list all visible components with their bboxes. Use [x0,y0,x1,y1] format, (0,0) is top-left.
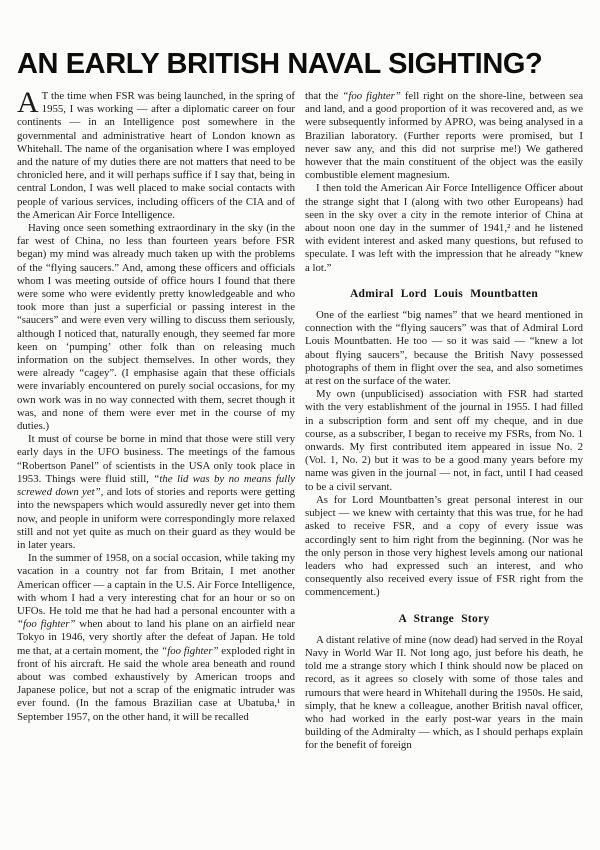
drop-cap: A [17,90,42,115]
paragraph: that the “foo fighter” fell right on the… [305,90,583,182]
italic-text: “foo fighter” [161,645,218,657]
paragraph: I then told the American Air Force Intel… [305,182,583,274]
body-text: T the time when FSR was being launched, … [17,90,295,221]
body-text: As for Lord Mountbatten’s great personal… [305,494,583,598]
paragraph: One of the earliest “big names” that we … [305,309,583,388]
section-heading: A Strange Story [305,613,583,626]
paragraph: AT the time when FSR was being launched,… [17,90,295,222]
body-text: that the [305,90,342,102]
body-text: One of the earliest “big names” that we … [305,309,583,387]
paragraph: A distant relative of mine (now dead) ha… [305,634,583,753]
paragraph: My own (unpublicised) association with F… [305,388,583,494]
text-columns: AT the time when FSR was being launched,… [17,90,583,753]
italic-text: “foo fighter” [17,618,75,630]
body-text: I then told the American Air Force Intel… [305,182,583,273]
column-right: that the “foo fighter” fell right on the… [305,90,583,753]
paragraph: In the summer of 1958, on a social occas… [17,552,295,724]
section-heading: Admiral Lord Louis Mountbatten [305,288,583,301]
body-text: Having once seen something extraordinary… [17,222,295,432]
column-left: AT the time when FSR was being launched,… [17,90,295,753]
body-text: A distant relative of mine (now dead) ha… [305,634,583,752]
article-title: AN EARLY BRITISH NAVAL SIGHTING? [17,48,583,81]
body-text: My own (unpublicised) association with F… [305,388,583,492]
paragraph: As for Lord Mountbatten’s great personal… [305,494,583,600]
italic-text: “foo fighter” [342,90,401,102]
paragraph: It must of course be borne in mind that … [17,433,295,552]
body-text: fell right on the shore-line, between se… [305,90,583,181]
magazine-page: AN EARLY BRITISH NAVAL SIGHTING? AT the … [0,0,600,850]
body-text: In the summer of 1958, on a social occas… [17,552,295,617]
paragraph: Having once seen something extraordinary… [17,222,295,433]
